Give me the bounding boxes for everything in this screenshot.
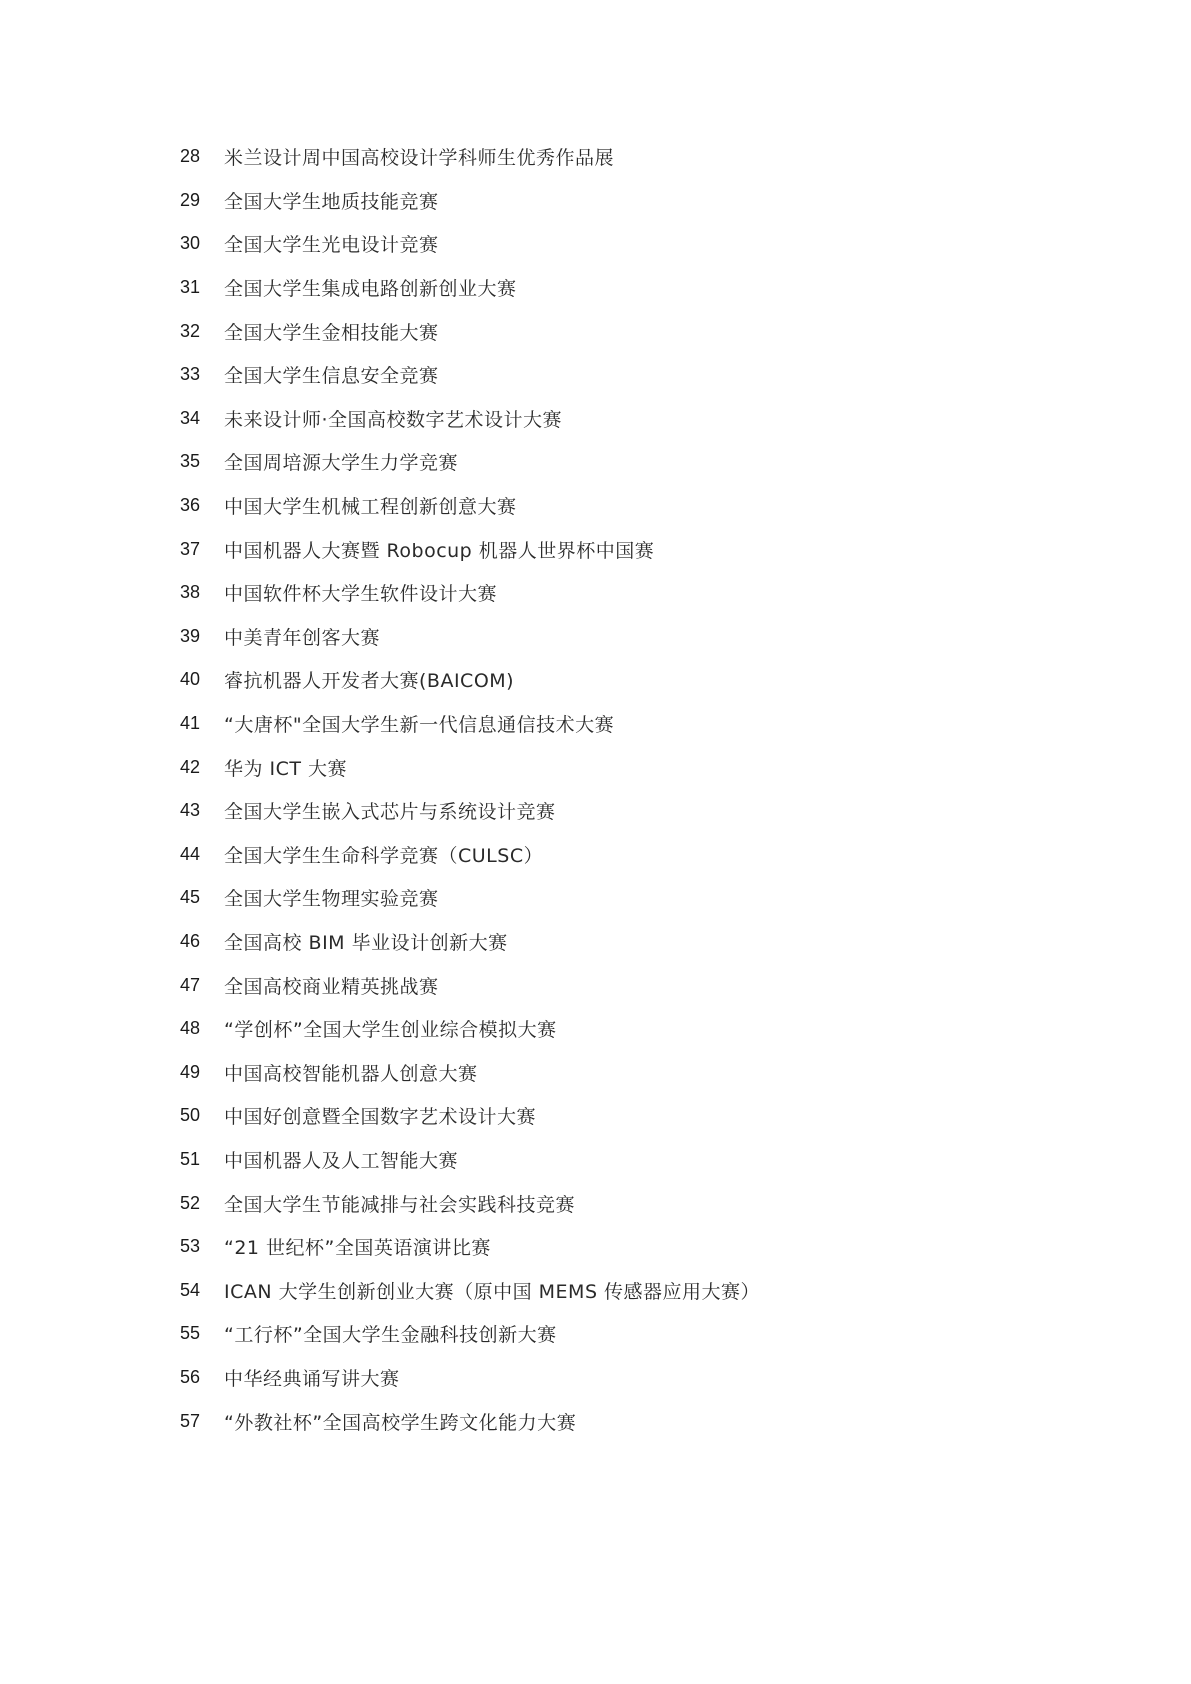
- item-number: 52: [180, 1193, 224, 1214]
- item-number: 46: [180, 931, 224, 952]
- item-title: “学创杯”全国大学生创业综合模拟大赛: [224, 1015, 557, 1042]
- item-title: 中美青年创客大赛: [224, 623, 380, 650]
- item-title: 华为 ICT 大赛: [224, 754, 347, 781]
- list-item: 33全国大学生信息安全竞赛: [180, 353, 760, 397]
- item-title: 中华经典诵写讲大赛: [224, 1364, 400, 1391]
- item-title: 睿抗机器人开发者大赛(BAICOM): [224, 666, 514, 693]
- item-title: 全国大学生物理实验竞赛: [224, 884, 439, 911]
- item-number: 55: [180, 1323, 224, 1344]
- item-number: 30: [180, 233, 224, 254]
- item-number: 44: [180, 844, 224, 865]
- item-title: “大唐杯"全国大学生新一代信息通信技术大赛: [224, 710, 614, 737]
- item-title: 全国周培源大学生力学竞赛: [224, 448, 458, 475]
- list-item: 32全国大学生金相技能大赛: [180, 309, 760, 353]
- item-number: 29: [180, 190, 224, 211]
- item-number: 53: [180, 1236, 224, 1257]
- item-number: 49: [180, 1062, 224, 1083]
- item-title: 中国高校智能机器人创意大赛: [224, 1059, 478, 1086]
- item-title: 全国大学生光电设计竞赛: [224, 230, 439, 257]
- list-item: 30全国大学生光电设计竞赛: [180, 222, 760, 266]
- item-title: 全国大学生集成电路创新创业大赛: [224, 274, 517, 301]
- list-item: 45全国大学生物理实验竞赛: [180, 876, 760, 920]
- item-number: 36: [180, 495, 224, 516]
- list-item: 50中国好创意暨全国数字艺术设计大赛: [180, 1094, 760, 1138]
- list-item: 46全国高校 BIM 毕业设计创新大赛: [180, 920, 760, 964]
- list-item: 53“21 世纪杯”全国英语演讲比赛: [180, 1225, 760, 1269]
- item-number: 41: [180, 713, 224, 734]
- list-item: 28米兰设计周中国高校设计学科师生优秀作品展: [180, 135, 760, 179]
- item-title: 米兰设计周中国高校设计学科师生优秀作品展: [224, 143, 614, 170]
- item-number: 33: [180, 364, 224, 385]
- item-number: 40: [180, 669, 224, 690]
- item-number: 51: [180, 1149, 224, 1170]
- list-item: 55“工行杯”全国大学生金融科技创新大赛: [180, 1312, 760, 1356]
- item-title: 中国机器人大赛暨 Robocup 机器人世界杯中国赛: [224, 536, 654, 563]
- item-title: “21 世纪杯”全国英语演讲比赛: [224, 1233, 491, 1260]
- list-item: 42华为 ICT 大赛: [180, 745, 760, 789]
- item-title: 全国大学生金相技能大赛: [224, 318, 439, 345]
- item-number: 31: [180, 277, 224, 298]
- item-number: 28: [180, 146, 224, 167]
- item-number: 56: [180, 1367, 224, 1388]
- item-number: 37: [180, 539, 224, 560]
- item-title: 全国大学生节能减排与社会实践科技竞赛: [224, 1190, 575, 1217]
- list-item: 39中美青年创客大赛: [180, 615, 760, 659]
- document-page: 28米兰设计周中国高校设计学科师生优秀作品展 29全国大学生地质技能竞赛 30全…: [0, 0, 1191, 1684]
- list-item: 47全国高校商业精英挑战赛: [180, 963, 760, 1007]
- competition-list: 28米兰设计周中国高校设计学科师生优秀作品展 29全国大学生地质技能竞赛 30全…: [180, 135, 760, 1443]
- list-item: 35全国周培源大学生力学竞赛: [180, 440, 760, 484]
- item-number: 39: [180, 626, 224, 647]
- list-item: 49中国高校智能机器人创意大赛: [180, 1050, 760, 1094]
- item-number: 50: [180, 1105, 224, 1126]
- item-title: 中国好创意暨全国数字艺术设计大赛: [224, 1102, 536, 1129]
- item-number: 45: [180, 887, 224, 908]
- list-item: 29全国大学生地质技能竞赛: [180, 179, 760, 223]
- list-item: 54ICAN 大学生创新创业大赛（原中国 MEMS 传感器应用大赛）: [180, 1268, 760, 1312]
- item-number: 38: [180, 582, 224, 603]
- list-item: 41“大唐杯"全国大学生新一代信息通信技术大赛: [180, 702, 760, 746]
- list-item: 31全国大学生集成电路创新创业大赛: [180, 266, 760, 310]
- item-title: 中国软件杯大学生软件设计大赛: [224, 579, 497, 606]
- item-title: 未来设计师·全国高校数字艺术设计大赛: [224, 405, 562, 432]
- item-number: 35: [180, 451, 224, 472]
- list-item: 56中华经典诵写讲大赛: [180, 1356, 760, 1400]
- list-item: 44全国大学生生命科学竞赛（CULSC）: [180, 833, 760, 877]
- list-item: 51中国机器人及人工智能大赛: [180, 1138, 760, 1182]
- list-item: 57“外教社杯”全国高校学生跨文化能力大赛: [180, 1399, 760, 1443]
- list-item: 48“学创杯”全国大学生创业综合模拟大赛: [180, 1007, 760, 1051]
- item-number: 42: [180, 757, 224, 778]
- list-item: 37中国机器人大赛暨 Robocup 机器人世界杯中国赛: [180, 527, 760, 571]
- list-item: 52全国大学生节能减排与社会实践科技竞赛: [180, 1181, 760, 1225]
- list-item: 36中国大学生机械工程创新创意大赛: [180, 484, 760, 528]
- item-number: 54: [180, 1280, 224, 1301]
- item-title: 全国高校商业精英挑战赛: [224, 972, 439, 999]
- list-item: 34未来设计师·全国高校数字艺术设计大赛: [180, 397, 760, 441]
- list-item: 43全国大学生嵌入式芯片与系统设计竞赛: [180, 789, 760, 833]
- item-title: 全国大学生信息安全竞赛: [224, 361, 439, 388]
- item-number: 57: [180, 1411, 224, 1432]
- item-number: 43: [180, 800, 224, 821]
- item-title: 全国大学生嵌入式芯片与系统设计竞赛: [224, 797, 556, 824]
- item-title: 中国大学生机械工程创新创意大赛: [224, 492, 517, 519]
- item-title: ICAN 大学生创新创业大赛（原中国 MEMS 传感器应用大赛）: [224, 1277, 760, 1304]
- item-number: 32: [180, 321, 224, 342]
- item-title: 全国大学生地质技能竞赛: [224, 187, 439, 214]
- item-title: 全国大学生生命科学竞赛（CULSC）: [224, 841, 543, 868]
- item-title: 全国高校 BIM 毕业设计创新大赛: [224, 928, 508, 955]
- item-number: 34: [180, 408, 224, 429]
- item-number: 47: [180, 975, 224, 996]
- item-number: 48: [180, 1018, 224, 1039]
- item-title: “工行杯”全国大学生金融科技创新大赛: [224, 1320, 557, 1347]
- list-item: 40睿抗机器人开发者大赛(BAICOM): [180, 658, 760, 702]
- list-item: 38中国软件杯大学生软件设计大赛: [180, 571, 760, 615]
- item-title: “外教社杯”全国高校学生跨文化能力大赛: [224, 1408, 576, 1435]
- item-title: 中国机器人及人工智能大赛: [224, 1146, 458, 1173]
